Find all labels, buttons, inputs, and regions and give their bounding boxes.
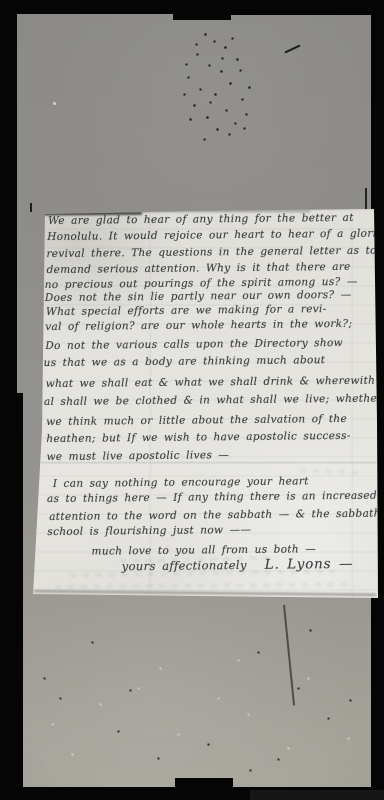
letter-line: what we shall eat & what we shall drink …	[46, 375, 376, 390]
letter-line: demand serious attention. Why is it that…	[47, 261, 351, 276]
letter-line: What special efforts are we making for a…	[46, 303, 327, 318]
signature-line: yours affectionatelyL. Lyons —	[122, 558, 354, 572]
letter-line: attention to the word on the sabbath — &…	[49, 508, 381, 523]
letter-line: Does not the sin lie partly near our own…	[45, 289, 352, 304]
letter-line: school is flourishing just now ——	[47, 524, 251, 538]
letter-line: us that we as a body are thinking much a…	[43, 354, 325, 369]
letter-closing: much love to you all from us both —	[91, 543, 316, 557]
film-tick-mark-right	[365, 188, 367, 210]
dust-speckles-light	[0, 0, 1, 1]
film-tick-mark-left	[30, 203, 32, 212]
letter-line: we must live apostolic lives —	[46, 449, 229, 463]
letter-line: val of religion? are our whole hearts in…	[45, 318, 352, 333]
letter-line: I can say nothing to encourage your hear…	[53, 475, 309, 490]
letter-line: as to things here — If any thing there i…	[47, 490, 377, 505]
letter-line: revival there. The questions in the gene…	[46, 244, 384, 260]
letter-line: Do not the various calls upon the Direct…	[45, 337, 343, 352]
letter-line: heathen; but If we wish to have apostoli…	[46, 430, 350, 445]
letter-line: al shall we be clothed & in what shall w…	[44, 393, 383, 409]
signature: L. Lyons —	[265, 556, 354, 573]
microfilm-frame: We are glad to hear of any thing for the…	[0, 0, 384, 800]
film-edge-strip	[250, 790, 384, 800]
letter-line: Honolulu. It would rejoice our heart to …	[47, 227, 384, 243]
letter-line: we think much or little about the salvat…	[46, 413, 347, 428]
valediction: yours affectionately	[122, 558, 247, 573]
letter-line: We are glad to hear of any thing for the…	[48, 212, 354, 227]
